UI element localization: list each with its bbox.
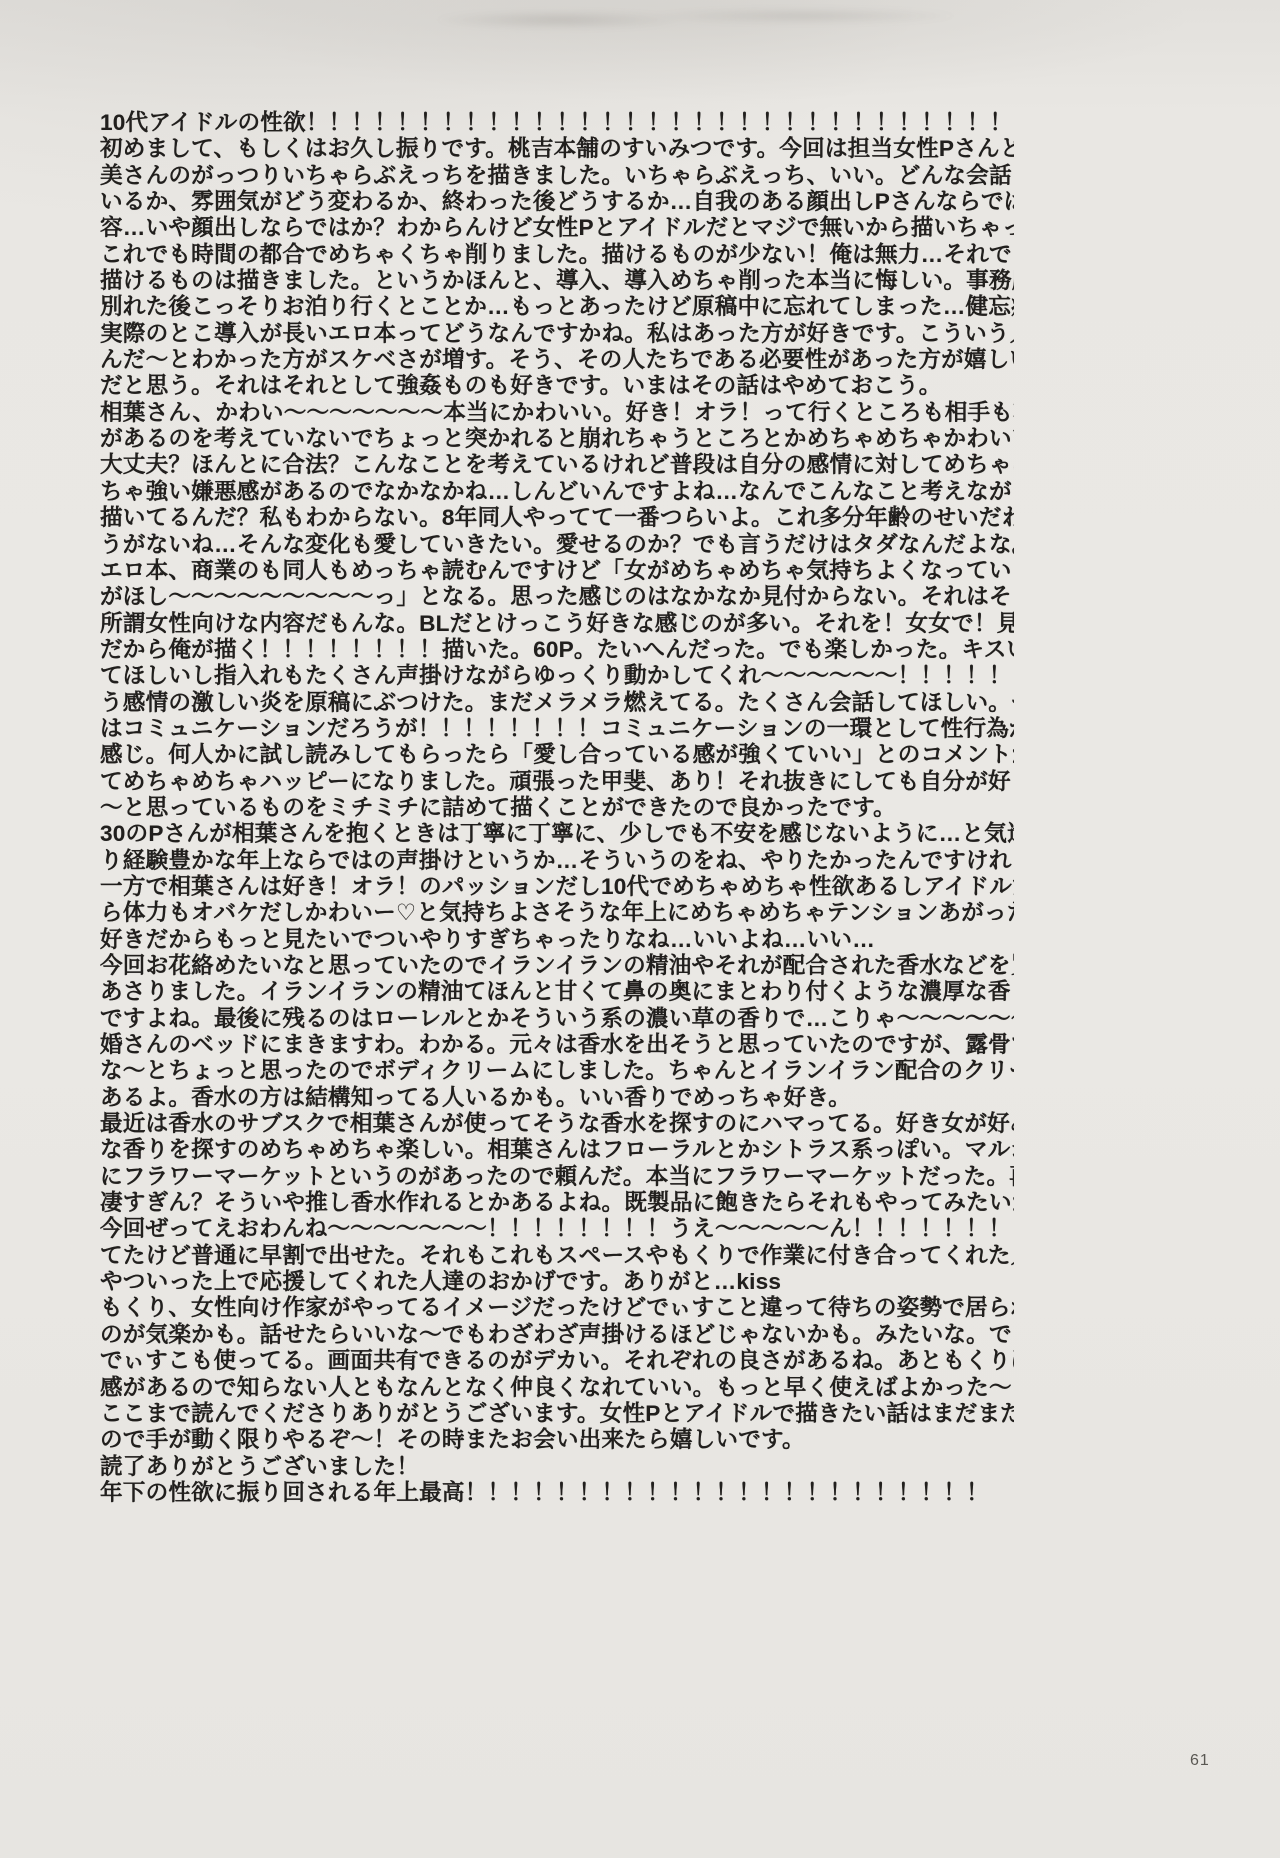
afterword-line: てめちゃめちゃハッピーになりました。頑張った甲斐、あり！それ抜きにしても自分が好… [100,769,1014,795]
page-bleedthrough [280,0,980,40]
afterword-line: 容…いや顔出しならではか？わからんけど女性Pとアイドルだとマジで無いから描いちゃ… [100,215,1014,241]
afterword-line: 実際のとこ導入が長いエロ本ってどうなんですかね。私はあった方が好きです。こういう… [100,321,1014,347]
page-number: 61 [1190,1752,1210,1770]
afterword-line: 初めまして、もしくはお久し振りです。桃吉本舗のすいみつです。今回は担当女性Pさん… [100,136,1014,162]
afterword-line: がほし〜〜〜〜〜〜〜〜〜っ」となる。思った感じのはなかなか見付からない。それはそ… [100,584,1014,610]
afterword-line: 凄すぎん？そういや推し香水作れるとかあるよね。既製品に飽きたらそれもやってみたい… [100,1190,1014,1216]
afterword-line: ちゃ強い嫌悪感があるのでなかなかね…しんどいんですよね…なんでこんなこと考えなが… [100,479,1014,505]
afterword-line: だから俺が描く！！！！！！！！描いた。60P。たいへんだった。でも楽しかった。キ… [100,637,1014,663]
afterword-line: 今回お花絡めたいなと思っていたのでイランイランの精油やそれが配合された香水などを… [100,953,1014,979]
scanned-page: 10代アイドルの性欲！！！！！！！！！！！！！！！！！！！！！！！！！！！！！！… [0,0,1280,1858]
afterword-line: やついった上で応援してくれた人達のおかげです。ありがと…kiss [100,1269,1014,1295]
afterword-title-line: 10代アイドルの性欲！！！！！！！！！！！！！！！！！！！！！！！！！！！！！！… [100,110,1014,136]
afterword-line: だと思う。それはそれとして強姦ものも好きです。いまはその話はやめておこう。 [100,373,1014,399]
afterword-line: 好きだからもっと見たいでついやりすぎちゃったりなね…いいよね…いい… [100,927,1014,953]
afterword-line: 〜と思っているものをミチミチに詰めて描くことができたので良かったです。 [100,795,1014,821]
afterword-line: はコミュニケーションだろうが！！！！！！！！コミュニケーションの一環として性行為… [100,716,1014,742]
afterword-line: てたけど普通に早割で出せた。それもこれもスペースやもくりで作業に付き合ってくれた… [100,1243,1014,1269]
afterword-line: もくり、女性向け作家がやってるイメージだったけどでぃすこと違って待ちの姿勢で居ら… [100,1295,1014,1321]
afterword-line: 年下の性欲に振り回される年上最高！！！！！！！！！！！！！！！！！！！！！！！ [100,1480,1014,1506]
afterword-line: でぃすこも使ってる。画面共有できるのがデカい。それぞれの良さがあるね。あともくり… [100,1348,1014,1374]
afterword-line: な香りを探すのめちゃめちゃ楽しい。相葉さんはフローラルとかシトラス系っぽい。マル… [100,1137,1014,1163]
afterword-line: あるよ。香水の方は結構知ってる人いるかも。いい香りでめっちゃ好き。 [100,1085,1014,1111]
afterword-line: う感情の激しい炎を原稿にぶつけた。まだメラメラ燃えてる。たくさん会話してほしい。… [100,690,1014,716]
afterword-line: 描けるものは描きました。というかほんと、導入、導入めちゃ削った本当に悔しい。事務… [100,268,1014,294]
afterword-line: にフラワーマーケットというのがあったので頼んだ。本当にフラワーマーケットだった。… [100,1164,1014,1190]
afterword-line: 別れた後こっそりお泊り行くとことか…もっとあったけど原稿中に忘れてしまった…健忘… [100,294,1014,320]
afterword-line: てほしいし指入れもたくさん声掛けながらゆっくり動かしてくれ〜〜〜〜〜〜！！！！！… [100,663,1014,689]
afterword-line: 読了ありがとうございました！ [100,1454,1014,1480]
afterword-line: ら体力もオバケだしかわいー♡と気持ちよさそうな年上にめちゃめちゃテンションあがっ… [100,900,1014,926]
afterword-line: 大丈夫？ほんとに合法？こんなことを考えているけれど普段は自分の感情に対してめちゃ… [100,452,1014,478]
afterword-line: 描いてるんだ？私もわからない。8年同人やってて一番つらいよ。これ多分年齢のせいだ… [100,505,1014,531]
afterword-line: り経験豊かな年上ならではの声掛けというか…そういうのをね、やりたかったんですけれ… [100,848,1014,874]
afterword-line: んだ〜とわかった方がスケベさが増す。そう、その人たちである必要性があった方が嬉し… [100,347,1014,373]
afterword-line: 感があるので知らない人ともなんとなく仲良くなれていい。もっと早く使えばよかった〜… [100,1375,1014,1401]
afterword-line: な〜とちょっと思ったのでボディクリームにしました。ちゃんとイランイラン配合のクリ… [100,1058,1014,1084]
afterword-line: 今回ぜってえおわんね〜〜〜〜〜〜〜！！！！！！！！うえ〜〜〜〜〜ん！！！！！！！… [100,1216,1014,1242]
afterword-line: うがないね…そんな変化も愛していきたい。愛せるのか？でも言うだけはタダなんだよな… [100,532,1014,558]
afterword-line: これでも時間の都合でめちゃくちゃ削りました。描けるものが少ない！俺は無力…それで… [100,242,1014,268]
afterword-line: エロ本、商業のも同人もめっちゃ読むんですけど「女がめちゃめちゃ気持ちよくなってい… [100,558,1014,584]
afterword-line: 美さんのがっつりいちゃらぶえっちを描きました。いちゃらぶえっち、いい。どんな会話… [100,163,1014,189]
afterword-line: あさりました。イランイランの精油てほんと甘くて鼻の奥にまとわり付くような濃厚な香… [100,979,1014,1005]
afterword-line: のが気楽かも。話せたらいいな〜でもわざわざ声掛けるほどじゃないかも。みたいな。で… [100,1322,1014,1348]
afterword-line: 30のPさんが相葉さんを抱くときは丁寧に丁寧に、少しでも不安を感じないように…と… [100,821,1014,847]
afterword-line: 感じ。何人かに試し読みしてもらったら「愛し合っている感が強くていい」とのコメント… [100,742,1014,768]
afterword-line: 最近は香水のサブスクで相葉さんが使ってそうな香水を探すのにハマってる。好き女が好… [100,1111,1014,1137]
afterword-line: 一方で相葉さんは好き！オラ！のパッションだし10代でめちゃめちゃ性欲あるしアイド… [100,874,1014,900]
afterword-line: 相葉さん、かわい〜〜〜〜〜〜〜本当にかわいい。好き！オラ！って行くところも相手も… [100,400,1014,426]
afterword-line: があるのを考えていないでちょっと突かれると崩れちゃうところとかめちゃめちゃかわい… [100,426,1014,452]
afterword-line: いるか、雰囲気がどう変わるか、終わった後どうするか…自我のある顔出しPさんならで… [100,189,1014,215]
afterword-line: ので手が動く限りやるぞ〜！その時またお会い出来たら嬉しいです。 [100,1427,1014,1453]
afterword-line: ですよね。最後に残るのはローレルとかそういう系の濃い草の香りで…こりゃ〜〜〜〜〜… [100,1006,1014,1032]
afterword-line: 婚さんのベッドにまきますわ。わかる。元々は香水を出そうと思っていたのですが、露骨… [100,1032,1014,1058]
afterword-line: 所謂女性向けな内容だもんな。BLだとけっこう好きな感じのが多い。それを！女女で！… [100,611,1014,637]
afterword-text-block: 10代アイドルの性欲！！！！！！！！！！！！！！！！！！！！！！！！！！！！！！… [100,110,1014,1506]
afterword-line: ここまで読んでくださりありがとうございます。女性Pとアイドルで描きたい話はまだま… [100,1401,1014,1427]
